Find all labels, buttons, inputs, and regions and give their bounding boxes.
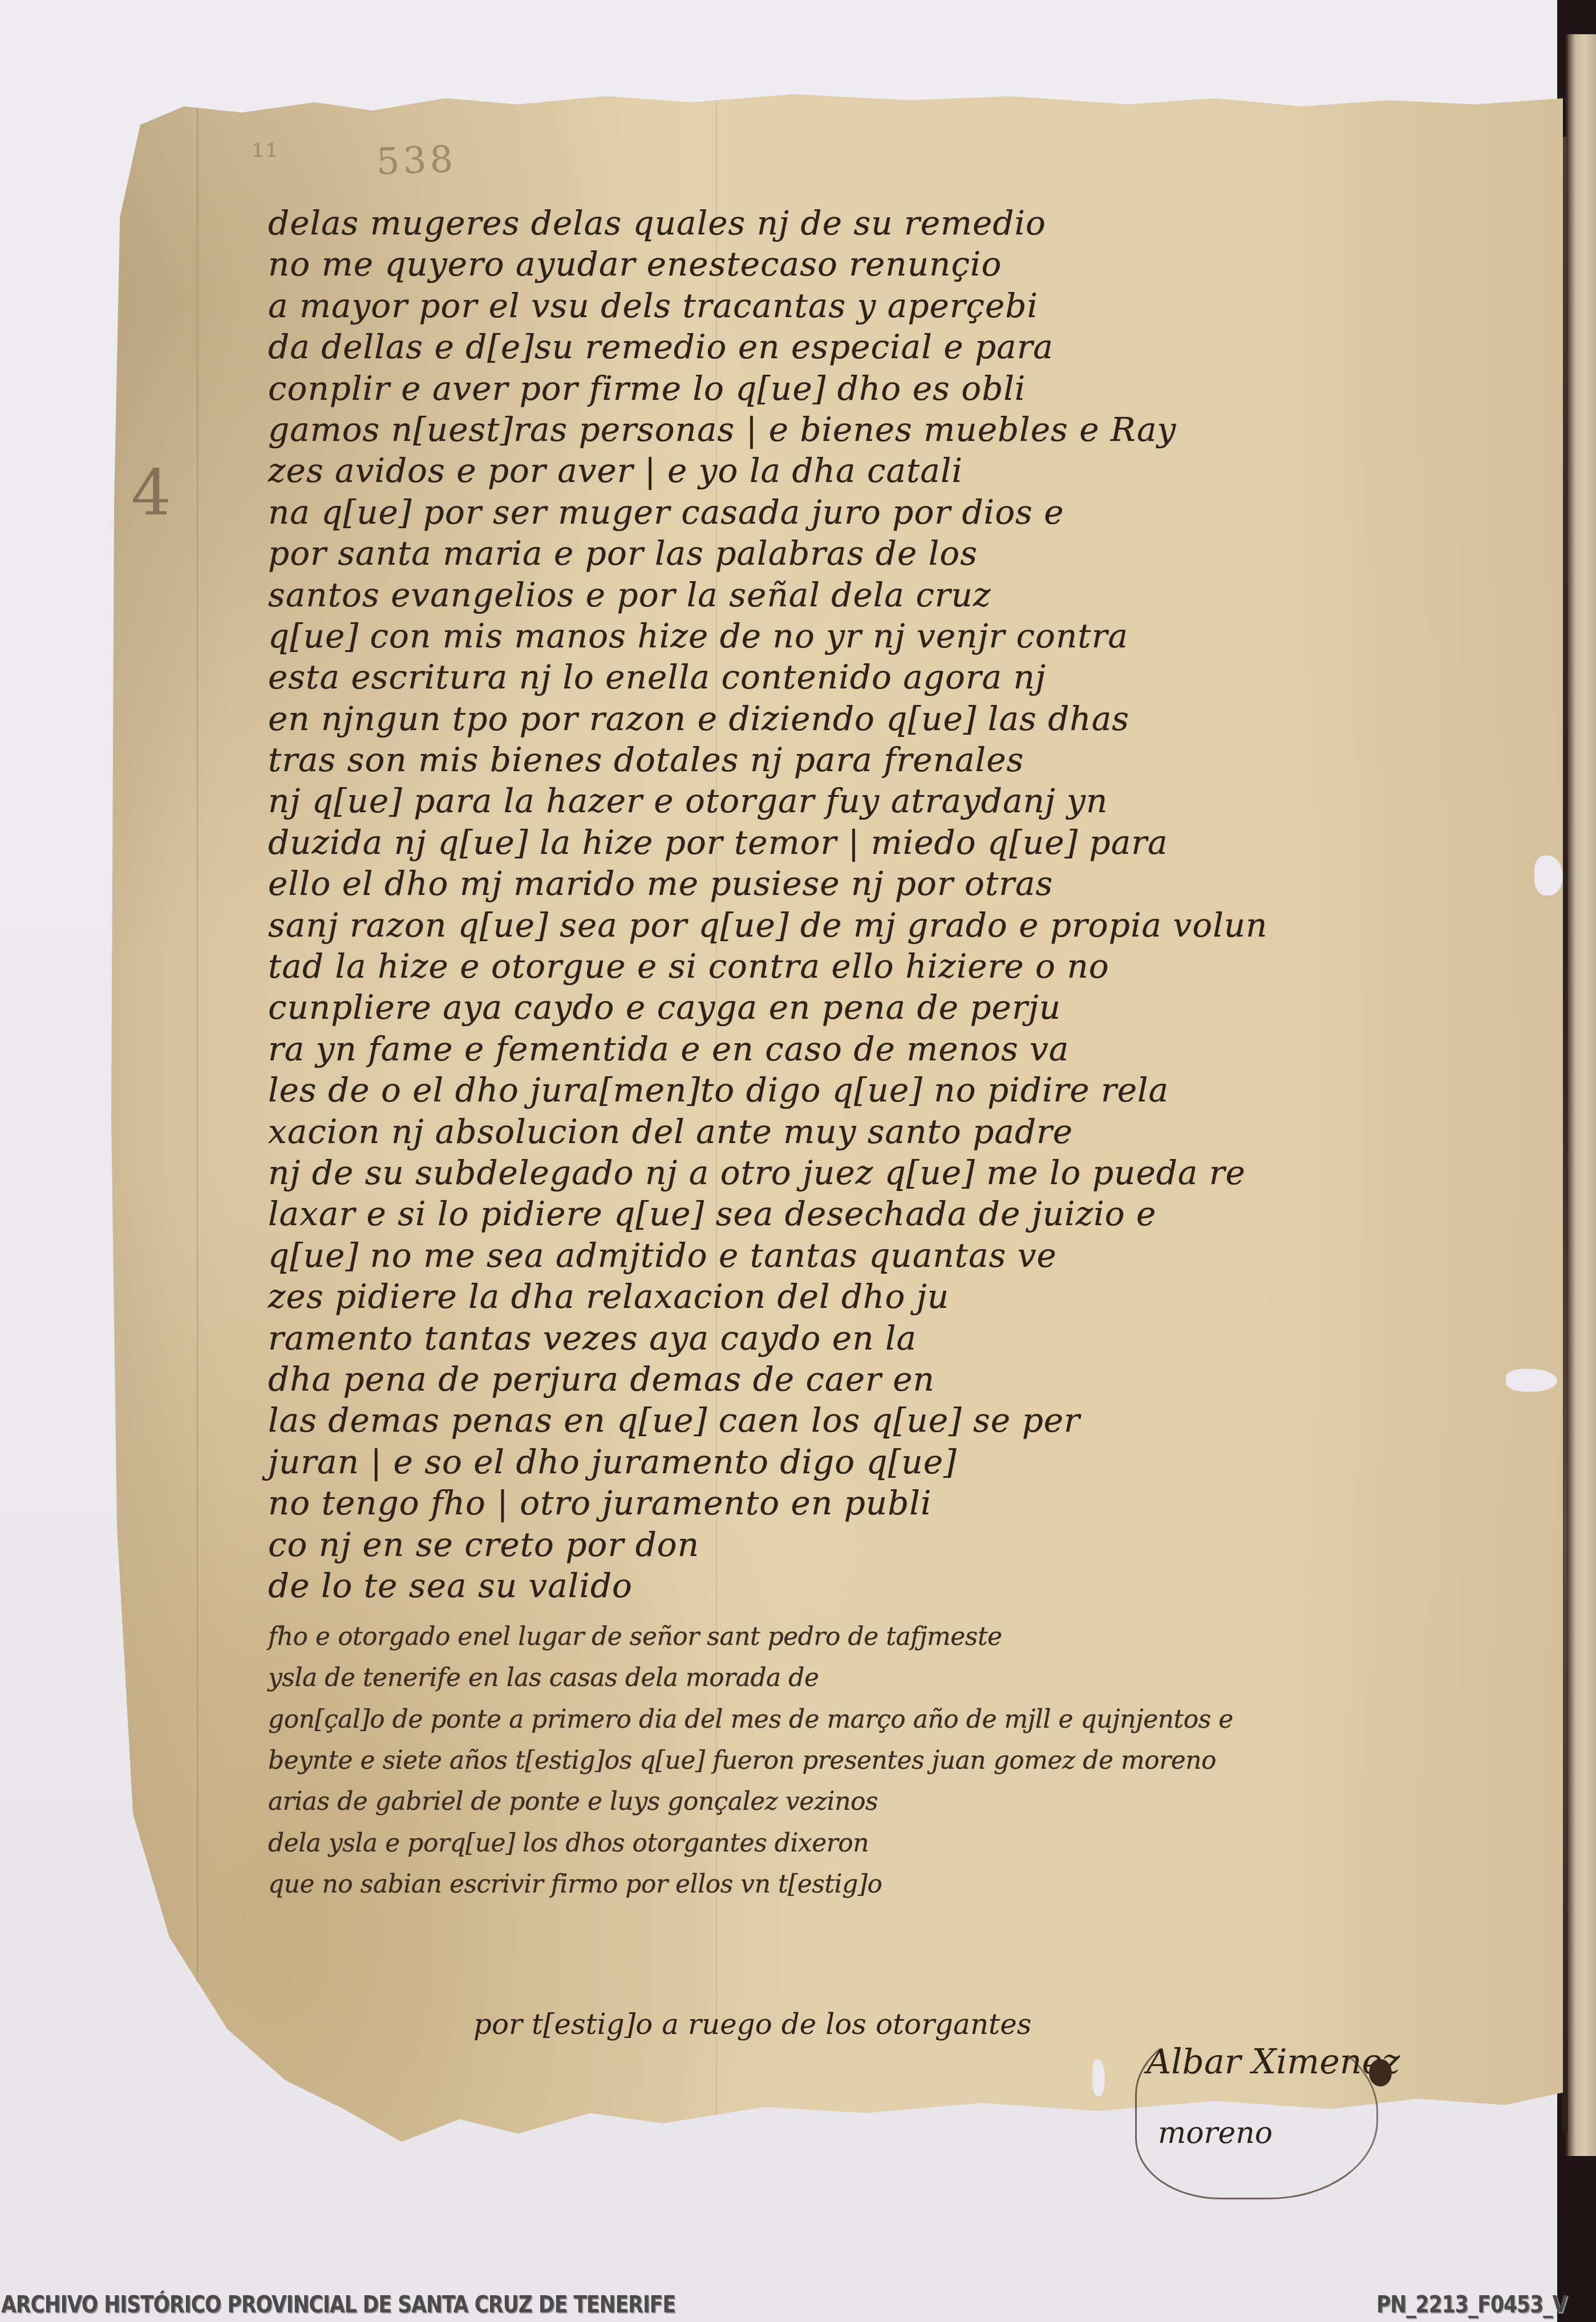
- manuscript-line: cunpliere aya caydo e cayga en pena de p…: [268, 987, 1477, 1028]
- paper-hole: [1092, 2059, 1105, 2096]
- folio-number: 538: [376, 139, 457, 184]
- manuscript-line: gamos n[uest]ras personas | e bienes mue…: [268, 409, 1477, 450]
- notary-signature: Albar Ximenez moreno: [1135, 2036, 1403, 2185]
- manuscript-line: esta escritura nj lo enella contenido ag…: [268, 657, 1477, 698]
- notarial-note-line: arias de gabriel de ponte e luys gonçale…: [268, 1781, 1477, 1822]
- manuscript-line: q[ue] con mis manos hize de no yr nj ven…: [268, 615, 1477, 657]
- manuscript-line: sanj razon q[ue] sea por q[ue] de mj gra…: [268, 905, 1477, 946]
- margin-mark: 4: [131, 456, 171, 529]
- manuscript-line: tras son mis bienes dotales nj para fren…: [268, 739, 1477, 780]
- manuscript-line: ello el dho mj marido me pusiese nj por …: [268, 863, 1477, 904]
- manuscript-line: zes pidiere la dha relaxacion del dho ju: [268, 1276, 1477, 1317]
- manuscript-line: q[ue] no me sea admjtido e tantas quanta…: [268, 1235, 1477, 1276]
- image-code-label: PN_2213_F0453_V: [1376, 2292, 1567, 2318]
- manuscript-line: delas mugeres delas quales nj de su reme…: [268, 202, 1477, 244]
- manuscript-line: tad la hize e otorgue e si contra ello h…: [268, 946, 1477, 987]
- manuscript-line: conplir e aver por firme lo q[ue] dho es…: [268, 368, 1477, 409]
- page-crease: [197, 94, 198, 2142]
- adjacent-page-edge: [1566, 34, 1596, 2156]
- notarial-note-line: ysla de tenerife en las casas dela morad…: [268, 1658, 1477, 1699]
- notarial-note-line: fho e otorgado enel lugar de señor sant …: [268, 1616, 1477, 1658]
- manuscript-line: las demas penas en q[ue] caen los q[ue] …: [268, 1400, 1477, 1441]
- manuscript-line: en njngun tpo por razon e diziendo q[ue]…: [268, 698, 1477, 739]
- manuscript-line: santos evangelios e por la señal dela cr…: [268, 574, 1477, 615]
- manuscript-line: por santa maria e por las palabras de lo…: [268, 533, 1477, 574]
- paper-hole: [1506, 1369, 1557, 1392]
- witness-closing-line: por t[estig]o a ruego de los otorgantes: [473, 2008, 1031, 2041]
- manuscript-line: laxar e si lo pidiere q[ue] sea desechad…: [268, 1193, 1477, 1234]
- manuscript-line: no me quyero ayudar enestecaso renunçio: [268, 244, 1477, 285]
- notarial-note-line: que no sabian escrivir firmo por ellos v…: [268, 1864, 1477, 1905]
- paper-hole: [1534, 856, 1563, 895]
- notarial-note-line: gon[çal]o de ponte a primero dia del mes…: [268, 1699, 1477, 1740]
- manuscript-line: co nj en se creto por don: [268, 1524, 1477, 1565]
- manuscript-line: duzida nj q[ue] la hize por temor | mied…: [268, 822, 1477, 863]
- manuscript-line: da dellas e d[e]su remedio en especial e…: [268, 326, 1477, 367]
- manuscript-line: dha pena de perjura demas de caer en: [268, 1359, 1477, 1400]
- manuscript-line: zes avidos e por aver | e yo la dha cata…: [268, 450, 1477, 491]
- manuscript-line: na q[ue] por ser muger casada juro por d…: [268, 492, 1477, 533]
- manuscript-line: juran | e so el dho juramento digo q[ue]: [268, 1441, 1477, 1482]
- manuscript-line: les de o el dho jura[men]to digo q[ue] n…: [268, 1069, 1477, 1111]
- manuscript-line: nj q[ue] para la hazer e otorgar fuy atr…: [268, 780, 1477, 821]
- manuscript-line: xacion nj absolucion del ante muy santo …: [268, 1111, 1477, 1152]
- signature-name: Albar Ximenez: [1147, 2042, 1400, 2082]
- manuscript-line: ramento tantas vezes aya caydo en la: [268, 1318, 1477, 1359]
- manuscript-line: a mayor por el vsu dels tracantas y aper…: [268, 285, 1477, 326]
- manuscript-line: de lo te sea su valido: [268, 1565, 1477, 1616]
- faint-folio-marks: ¹¹: [251, 137, 278, 177]
- archive-name-label: ARCHIVO HISTÓRICO PROVINCIAL DE SANTA CR…: [1, 2292, 675, 2318]
- manuscript-line: nj de su subdelegado nj a otro juez q[ue…: [268, 1152, 1477, 1193]
- signature-surname: moreno: [1158, 2116, 1273, 2150]
- manuscript-line: no tengo fho | otro juramento en publi: [268, 1482, 1477, 1523]
- ink-blot: [1369, 2059, 1392, 2086]
- manuscript-line: ra yn fame e fementida e en caso de meno…: [268, 1028, 1477, 1069]
- notarial-note-line: dela ysla e porq[ue] los dhos otorgantes…: [268, 1823, 1477, 1864]
- manuscript-body: delas mugeres delas quales nj de su reme…: [268, 202, 1477, 1906]
- notarial-note-line: beynte e siete años t[estig]os q[ue] fue…: [268, 1740, 1477, 1781]
